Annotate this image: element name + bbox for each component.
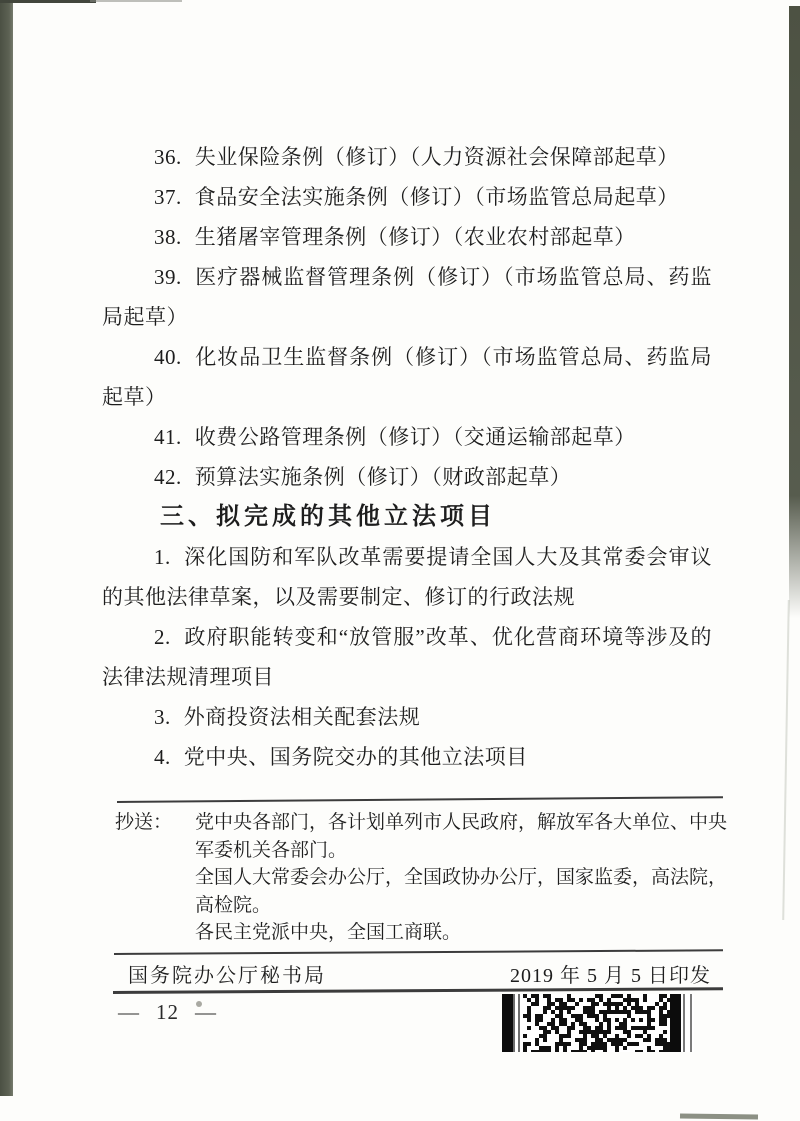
issuing-office: 国务院办公厅秘书局 <box>128 959 326 988</box>
ink-speck <box>196 1001 202 1007</box>
item-number: 40. <box>154 345 182 369</box>
page-number-value: 12 <box>156 1000 179 1025</box>
barcode-noise <box>523 994 670 1052</box>
other-item-3: 3.外商投资法相关配套法规 <box>102 697 712 737</box>
item-text: 失业保险条例（修订）（人力资源社会保障部起草） <box>195 145 679 169</box>
scan-edge-right <box>789 6 800 618</box>
document-body: 36.失业保险条例（修订）（人力资源社会保障部起草） 37.食品安全法实施条例（… <box>102 137 712 777</box>
other-item-1: 1.深化国防和军队改革需要提请全国人大及其常委会审议的其他法律草案，以及需要制定… <box>102 537 712 617</box>
item-text: 收费公路管理条例（修订）（交通运输部起草） <box>195 425 636 449</box>
item-number: 38. <box>154 225 182 249</box>
item-number: 39. <box>154 265 182 289</box>
cc-paragraph: 党中央各部门，各计划单列市人民政府，解放军各大单位、中央军委机关各部门。 <box>195 809 727 864</box>
page-number-dash-left: — <box>118 1000 140 1025</box>
list-item-36: 36.失业保险条例（修订）（人力资源社会保障部起草） <box>102 137 712 177</box>
barcode-right-thin-lines <box>681 994 694 1052</box>
barcode-left-bar <box>502 994 513 1052</box>
item-number: 42. <box>154 465 182 489</box>
item-number: 1. <box>154 545 171 569</box>
cc-content: 党中央各部门，各计划单列市人民政府，解放军各大单位、中央军委机关各部门。 全国人… <box>195 809 727 947</box>
list-item-38: 38.生猪屠宰管理条例（修订）（农业农村部起草） <box>102 217 712 257</box>
barcode-left-thin-lines <box>513 994 523 1052</box>
item-text: 外商投资法相关配套法规 <box>184 705 421 729</box>
scan-edge-top-fade <box>90 0 182 2</box>
section-heading: 三、拟完成的其他立法项目 <box>102 497 712 537</box>
item-text: 党中央、国务院交办的其他立法项目 <box>184 745 528 769</box>
item-text: 医疗器械监督管理条例（修订）（市场监管总局、药监局起草） <box>102 265 712 329</box>
list-item-42: 42.预算法实施条例（修订）（财政部起草） <box>102 457 712 497</box>
item-number: 36. <box>154 145 182 169</box>
cc-label: 抄送： <box>115 809 195 947</box>
scan-edge-right-faint <box>782 600 790 920</box>
cc-paragraph: 全国人大常委会办公厅，全国政协办公厅，国家监委，高法院，高检院。 <box>195 864 727 919</box>
cc-paragraph: 各民主党派中央，全国工商联。 <box>195 919 727 947</box>
scan-smudge-bottom <box>680 1113 758 1119</box>
divider-above-cc <box>117 796 723 803</box>
divider-above-footer <box>114 949 723 955</box>
barcode-right-bar <box>670 994 681 1052</box>
scanned-page: 36.失业保险条例（修订）（人力资源社会保障部起草） 37.食品安全法实施条例（… <box>0 0 800 1121</box>
footer: 国务院办公厅秘书局 2019 年 5 月 5 日印发 <box>115 957 723 989</box>
other-item-4: 4.党中央、国务院交办的其他立法项目 <box>102 737 712 777</box>
item-number: 41. <box>154 425 182 449</box>
list-item-41: 41.收费公路管理条例（修订）（交通运输部起草） <box>102 417 712 457</box>
page-number: — 12 — <box>118 1000 217 1025</box>
item-number: 3. <box>154 705 171 729</box>
barcode <box>502 994 694 1052</box>
item-text: 政府职能转变和“放管服”改革、优化营商环境等涉及的法律法规清理项目 <box>102 625 712 689</box>
list-item-39: 39.医疗器械监督管理条例（修订）（市场监管总局、药监局起草） <box>102 257 712 337</box>
cc-block: 抄送： 党中央各部门，各计划单列市人民政府，解放军各大单位、中央军委机关各部门。… <box>115 809 727 947</box>
item-number: 37. <box>154 185 182 209</box>
item-text: 生猪屠宰管理条例（修订）（农业农村部起草） <box>195 225 636 249</box>
item-text: 食品安全法实施条例（修订）（市场监管总局起草） <box>195 185 679 209</box>
item-number: 2. <box>154 625 171 649</box>
scan-edge-top <box>0 0 96 3</box>
list-item-40: 40.化妆品卫生监督条例（修订）（市场监管总局、药监局起草） <box>102 337 712 417</box>
item-text: 深化国防和军队改革需要提请全国人大及其常委会审议的其他法律草案，以及需要制定、修… <box>102 545 712 609</box>
other-item-2: 2.政府职能转变和“放管服”改革、优化营商环境等涉及的法律法规清理项目 <box>102 617 712 697</box>
item-number: 4. <box>154 745 171 769</box>
scan-edge-left <box>0 0 13 1096</box>
item-text: 化妆品卫生监督条例（修订）（市场监管总局、药监局起草） <box>102 345 712 409</box>
print-date: 2019 年 5 月 5 日印发 <box>510 959 711 988</box>
item-text: 预算法实施条例（修订）（财政部起草） <box>195 465 572 489</box>
list-item-37: 37.食品安全法实施条例（修订）（市场监管总局起草） <box>102 177 712 217</box>
